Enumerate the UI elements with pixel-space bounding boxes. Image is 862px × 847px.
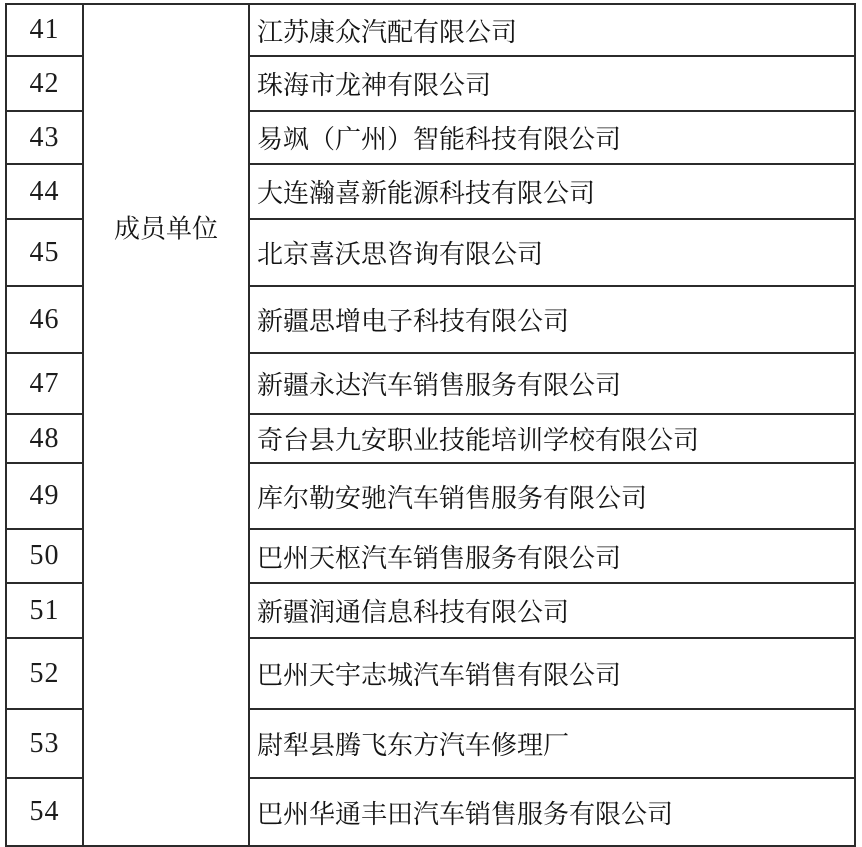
company-name-cell: 新疆永达汽车销售服务有限公司 [249, 353, 855, 414]
row-number-cell: 44 [6, 164, 83, 219]
row-number-cell: 43 [6, 111, 83, 164]
row-number-cell: 50 [6, 529, 83, 583]
company-name-cell: 库尔勒安驰汽车销售服务有限公司 [249, 463, 855, 529]
company-name-cell: 巴州天宇志城汽车销售有限公司 [249, 638, 855, 709]
table-body: 41成员单位江苏康众汽配有限公司42珠海市龙神有限公司43易飒（广州）智能科技有… [6, 4, 855, 846]
row-number-cell: 45 [6, 219, 83, 286]
merged-category-cell: 成员单位 [83, 4, 249, 846]
company-name-cell: 巴州华通丰田汽车销售服务有限公司 [249, 778, 855, 846]
row-number-cell: 46 [6, 286, 83, 353]
company-name-cell: 奇台县九安职业技能培训学校有限公司 [249, 414, 855, 463]
row-number-cell: 52 [6, 638, 83, 709]
row-number-cell: 51 [6, 583, 83, 638]
row-number-cell: 48 [6, 414, 83, 463]
company-name-cell: 大连瀚喜新能源科技有限公司 [249, 164, 855, 219]
row-number-cell: 53 [6, 709, 83, 778]
company-name-cell: 新疆思增电子科技有限公司 [249, 286, 855, 353]
company-name-cell: 易飒（广州）智能科技有限公司 [249, 111, 855, 164]
company-name-cell: 巴州天枢汽车销售服务有限公司 [249, 529, 855, 583]
row-number-cell: 41 [6, 4, 83, 56]
company-name-cell: 江苏康众汽配有限公司 [249, 4, 855, 56]
category-label: 成员单位 [84, 209, 248, 246]
company-name-cell: 尉犁县腾飞东方汽车修理厂 [249, 709, 855, 778]
row-number-cell: 54 [6, 778, 83, 846]
row-number-cell: 49 [6, 463, 83, 529]
company-name-cell: 新疆润通信息科技有限公司 [249, 583, 855, 638]
company-name-cell: 珠海市龙神有限公司 [249, 56, 855, 111]
row-number-cell: 42 [6, 56, 83, 111]
company-name-cell: 北京喜沃思咨询有限公司 [249, 219, 855, 286]
document-page: 41成员单位江苏康众汽配有限公司42珠海市龙神有限公司43易飒（广州）智能科技有… [0, 0, 862, 847]
row-number-cell: 47 [6, 353, 83, 414]
member-units-table: 41成员单位江苏康众汽配有限公司42珠海市龙神有限公司43易飒（广州）智能科技有… [5, 3, 856, 847]
table-row: 41成员单位江苏康众汽配有限公司 [6, 4, 855, 56]
